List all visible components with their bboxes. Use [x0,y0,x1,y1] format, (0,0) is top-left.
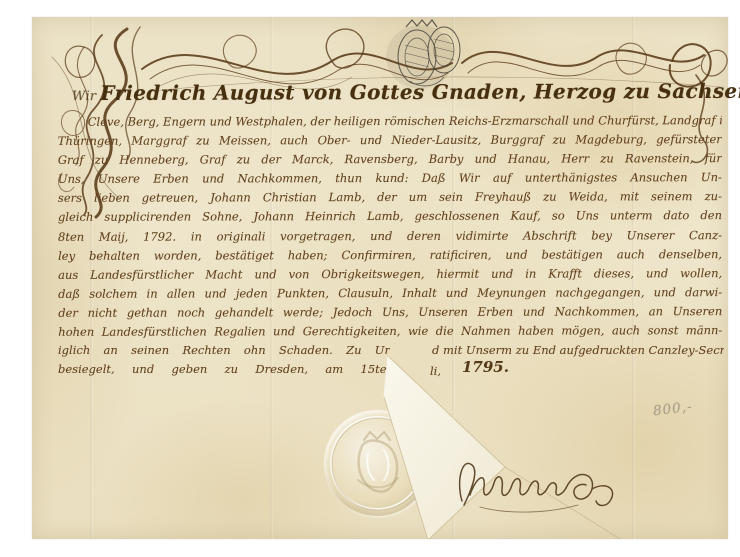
manuscript-line: Graf zu Henneberg, Graf zu der Marck, Ra… [58,149,722,170]
manuscript-line: Cleve, Berg, Engern und Westphalen, der … [58,111,722,132]
heading-prefix: Wir [72,89,96,104]
signature-icon [450,437,630,527]
dateline-year: 1795. [462,358,509,377]
manuscript-line: der nicht gethan noch gehandelt werde; J… [58,302,722,323]
manuscript-body: Cleve, Berg, Engern und Westphalen, der … [58,111,723,342]
manuscript-line: Thüringen, Marggraf zu Meissen, auch Obe… [58,130,722,151]
manuscript-heading: WirFriedrich August von Gottes Gnaden, H… [72,74,724,112]
manuscript-line: Uns, Unsere Erben und Nachkommen, thun k… [58,168,722,189]
manuscript-line: ley behalten worden, bestätiget haben; C… [58,245,722,266]
manuscript-line: 8ten Maij, 1792. in originali vorgetrage… [58,226,722,247]
manuscript-line: sers lieben getreuen, Johann Christian L… [58,188,722,209]
scanned-document-photo: WirFriedrich August von Gottes Gnaden, H… [0,0,740,557]
manuscript-paper: WirFriedrich August von Gottes Gnaden, H… [32,17,728,539]
dateline-month-fragment: li, [430,362,460,381]
manuscript-line: aus Landesfürstlicher Macht und von Obri… [58,264,722,285]
heading-text: Friedrich August von Gottes Gnaden, Herz… [100,78,740,105]
manuscript-line: gleich supplicirenden Sohne, Johann Hein… [58,207,722,228]
dateline-left: besiegelt, und geben zu Dresden, am 15te… [58,360,394,379]
closing-line-left: iglich an seinen Rechten ohn Schaden. Zu… [58,341,390,360]
manuscript-line: daß solchem in allen und jeden Punkten, … [58,283,722,304]
manuscript-line: hohen Landesfürstlichen Regalien und Ger… [58,321,722,342]
